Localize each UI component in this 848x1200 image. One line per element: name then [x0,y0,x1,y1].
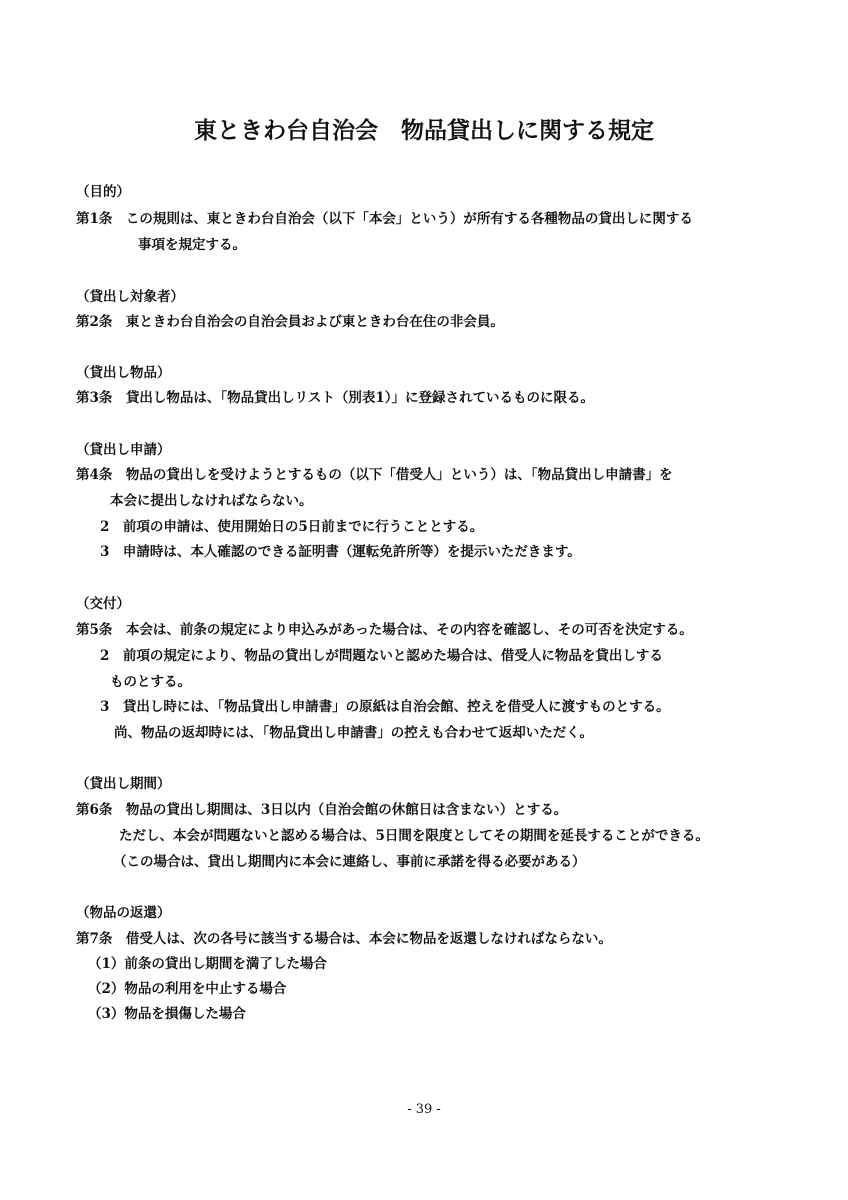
article-7-item-1: （1）前条の貸出し期間を満了した場合 [88,955,327,973]
document-title: 東ときわ台自治会 物品貸出しに関する規定 [0,112,848,145]
section-heading-eligible-borrowers: （貸出し対象者） [76,288,184,306]
article-6-line-3: （この場合は、貸出し期間内に本会に連絡し、事前に承諾を得る必要がある） [113,853,586,871]
article-4-item-3: 3 申請時は、本人確認のできる証明書（運転免許所等）を提示いただきます。 [100,543,581,561]
article-5-item-3-cont: 尚、物品の返却時には、「物品貸出し申請書」の控えも合わせて返却いただく。 [114,724,593,742]
section-heading-return: （物品の返還） [76,904,171,922]
article-3-line-1: 第3条 貸出し物品は、「物品貸出しリスト（別表1）」に登録されているものに限る。 [76,389,594,407]
article-4-item-2: 2 前項の申請は、使用開始日の5日前までに行うこととする。 [100,518,483,536]
article-5-item-2: 2 前項の規定により、物品の貸出しが問題ないと認めた場合は、借受人に物品を貸出し… [100,647,663,665]
article-6-line-1: 第6条 物品の貸出し期間は、3日以内（自治会館の休館日は含まない）とする。 [76,801,567,819]
section-heading-purpose: （目的） [76,183,130,201]
section-heading-issuance: （交付） [76,595,130,613]
article-5-line-1: 第5条 本会は、前条の規定により申込みがあった場合は、その内容を確認し、その可否… [76,621,693,639]
article-4-line-1: 第4条 物品の貸出しを受けようとするもの（以下「借受人」という）は、「物品貸出し… [76,466,673,484]
section-heading-application: （貸出し申請） [76,441,171,459]
article-1-line-1: 第1条 この規則は、東ときわ台自治会（以下「本会」という）が所有する各種物品の貸… [76,210,693,228]
article-7-line-1: 第7条 借受人は、次の各号に該当する場合は、本会に物品を返還しなければならない。 [76,930,612,948]
article-2-line-1: 第2条 東ときわ台自治会の自治会員および東ときわ台在住の非会員。 [76,313,504,331]
article-7-item-2: （2）物品の利用を中止する場合 [88,980,286,998]
section-heading-lending-period: （貸出し期間） [76,775,171,793]
article-5-item-2-cont: ものとする。 [110,673,191,691]
article-5-item-3: 3 貸出し時には、「物品貸出し申請書」の原紙は自治会館、控えを借受人に渡すものと… [100,698,670,716]
article-7-item-3: （3）物品を損傷した場合 [88,1005,246,1023]
page-number: - 39 - [0,1102,848,1117]
section-heading-lending-items: （貸出し物品） [76,364,171,382]
article-6-line-2: ただし、本会が問題ないと認める場合は、5日間を限度としてその期間を延長することが… [119,827,709,845]
article-4-line-2: 本会に提出しなければならない。 [110,492,313,510]
article-1-line-2: 事項を規定する。 [138,236,246,254]
